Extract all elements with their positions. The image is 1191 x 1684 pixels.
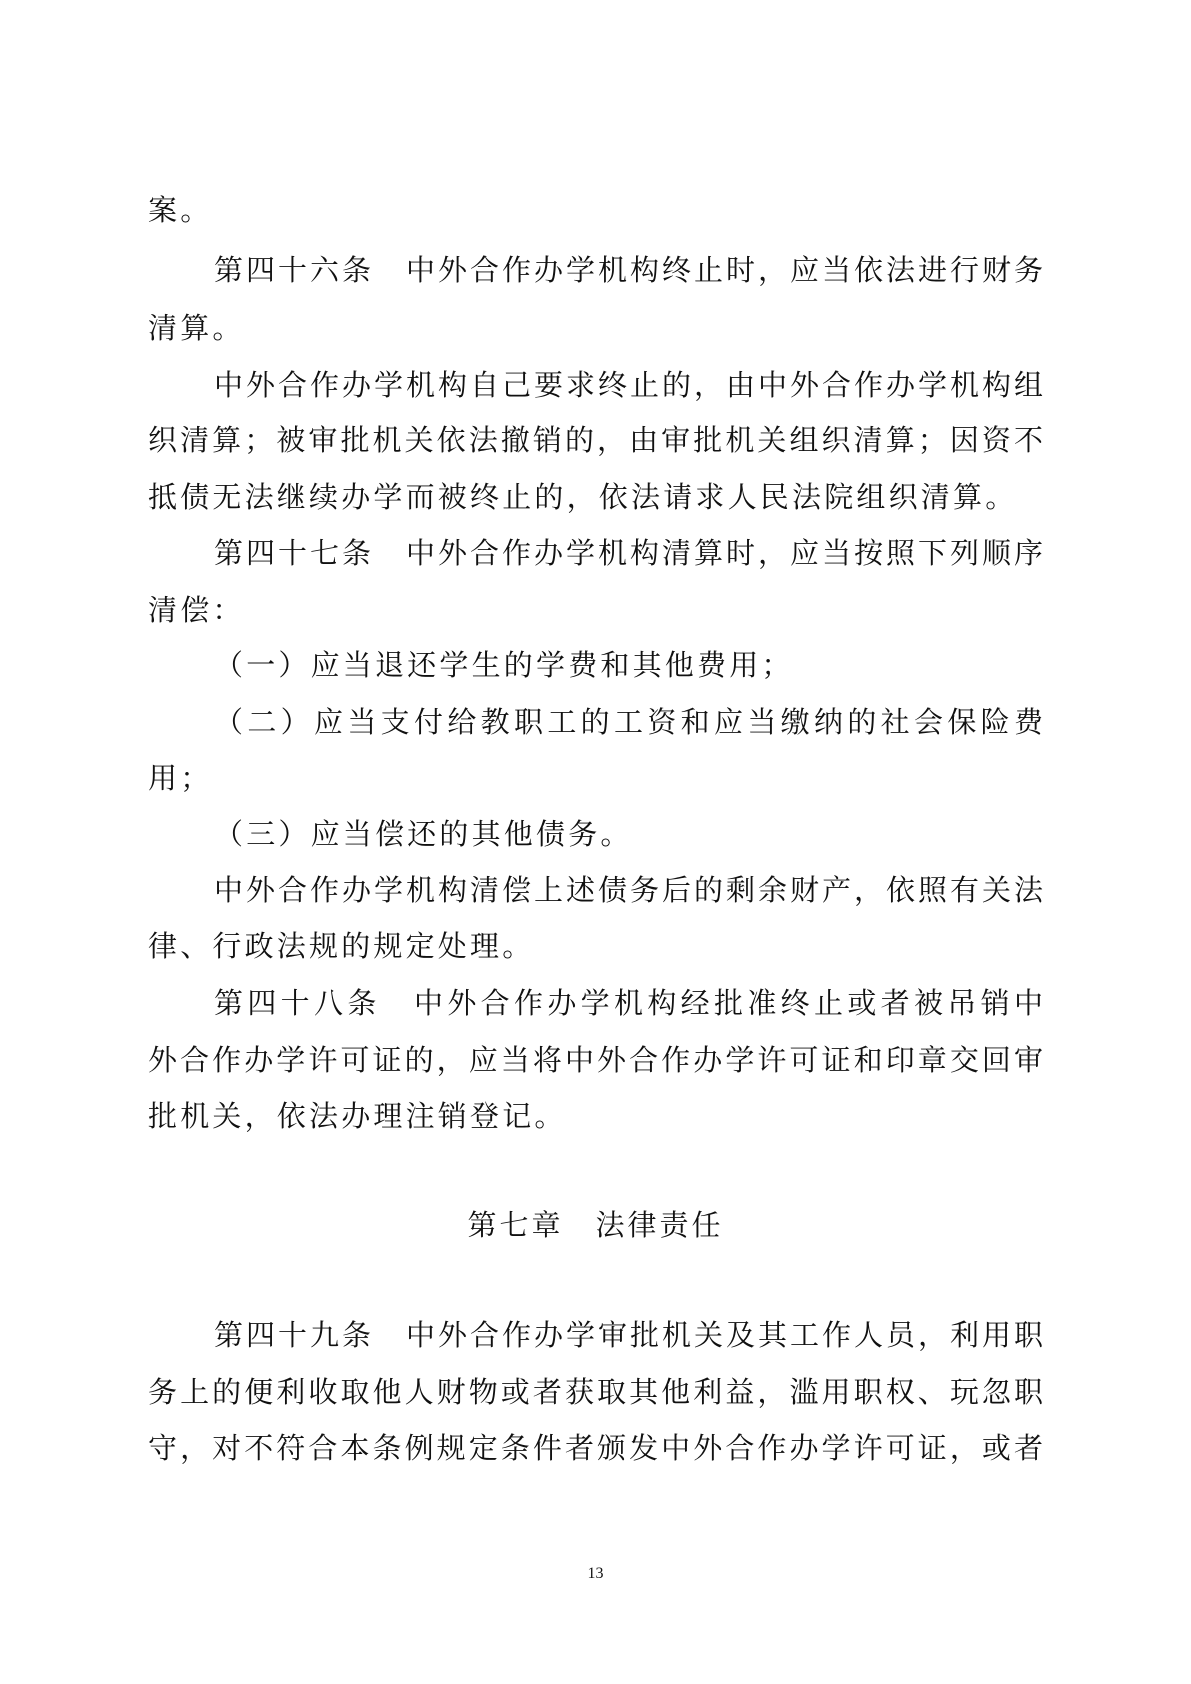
text-line: 批机关，依法办理注销登记。 — [148, 1098, 1043, 1134]
text-line: 外合作办学许可证的，应当将中外合作办学许可证和印章交回审 — [148, 1042, 1043, 1078]
text-line: 用； — [148, 760, 1043, 796]
list-item-1: （一）应当退还学生的学费和其他费用； — [214, 647, 1043, 683]
text-line: 织清算；被审批机关依法撤销的，由审批机关组织清算；因资不 — [148, 422, 1043, 458]
list-item-2: （二）应当支付给教职工的工资和应当缴纳的社会保险费 — [214, 704, 1043, 740]
article-49-heading-line: 第四十九条 中外合作办学审批机关及其工作人员，利用职 — [214, 1317, 1043, 1353]
text-line: 案。 — [148, 192, 1043, 228]
document-page: 案。 第四十六条 中外合作办学机构终止时，应当依法进行财务 清算。 中外合作办学… — [0, 0, 1191, 1684]
article-48-heading-line: 第四十八条 中外合作办学机构经批准终止或者被吊销中 — [214, 985, 1043, 1021]
text-line: 务上的便利收取他人财物或者获取其他利益，滥用职权、玩忽职 — [148, 1374, 1043, 1410]
paragraph-line: 中外合作办学机构清偿上述债务后的剩余财产，依照有关法 — [214, 872, 1043, 908]
chapter-heading: 第七章 法律责任 — [0, 1207, 1191, 1243]
text-line: 守，对不符合本条例规定条件者颁发中外合作办学许可证，或者 — [148, 1430, 1043, 1466]
text-line: 律、行政法规的规定处理。 — [148, 928, 1043, 964]
text-line: 清偿： — [148, 592, 1043, 628]
article-46-heading-line: 第四十六条 中外合作办学机构终止时，应当依法进行财务 — [214, 252, 1043, 288]
page-number: 13 — [0, 1565, 1191, 1583]
paragraph-line: 中外合作办学机构自己要求终止的，由中外合作办学机构组 — [214, 367, 1043, 403]
text-line: 清算。 — [148, 310, 1043, 346]
article-47-heading-line: 第四十七条 中外合作办学机构清算时，应当按照下列顺序 — [214, 535, 1043, 571]
list-item-3: （三）应当偿还的其他债务。 — [214, 816, 1043, 852]
text-line: 抵债无法继续办学而被终止的，依法请求人民法院组织清算。 — [148, 479, 1043, 515]
